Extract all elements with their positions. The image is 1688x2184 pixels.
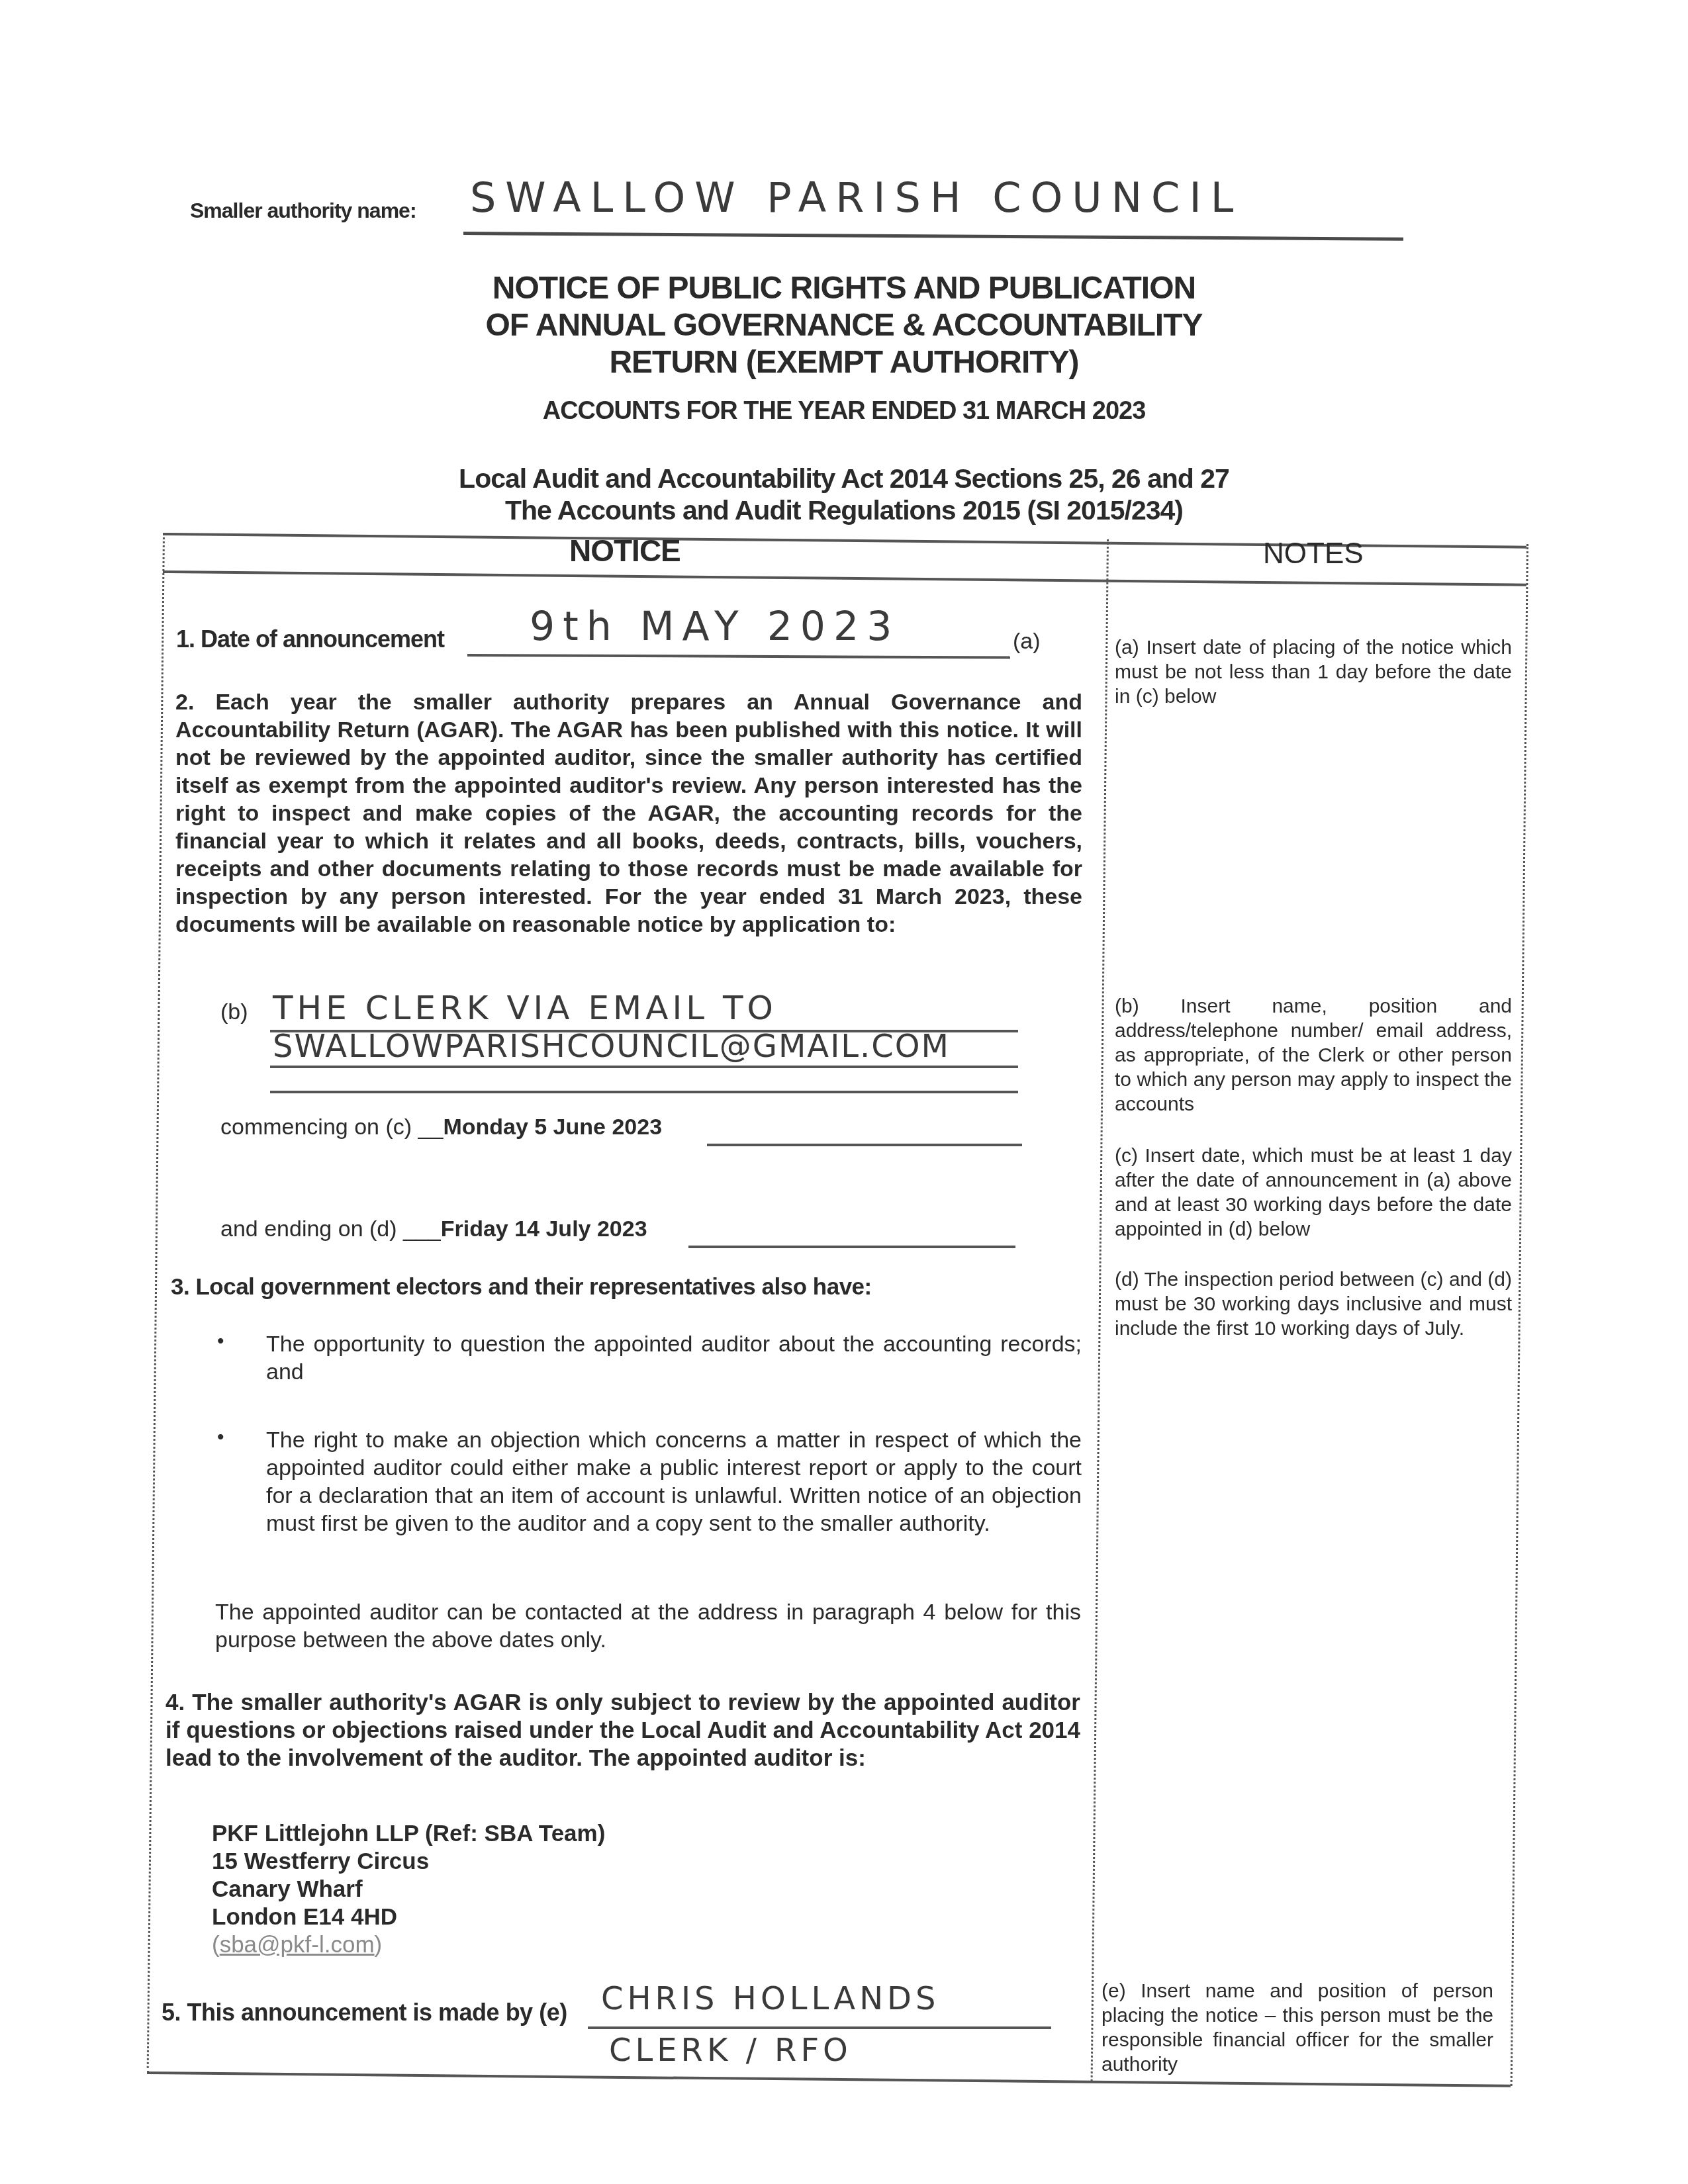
- note-e: (e) Insert name and position of person p…: [1102, 1979, 1493, 2077]
- announcer-position-field[interactable]: CLERK / RFO: [609, 2032, 852, 2069]
- announcement-made-by-label: 5. This announcement is made by (e): [162, 1999, 567, 2026]
- table-header-divider: [163, 570, 1526, 586]
- rights-bullet-1: The opportunity to question the appointe…: [266, 1330, 1082, 1386]
- commencing-date-row: commencing on (c) __Monday 5 June 2023: [220, 1115, 662, 1140]
- note-marker-b: (b): [220, 999, 248, 1025]
- authority-name-label: Smaller authority name:: [190, 199, 416, 223]
- authority-name-field[interactable]: SWALLOW PARISH COUNCIL: [470, 173, 1243, 222]
- table-right-border: [1511, 544, 1528, 2086]
- note-c: (c) Insert date, which must be at least …: [1115, 1144, 1512, 1242]
- bullet-icon: •: [217, 1426, 224, 1449]
- auditor-address: PKF Littlejohn LLP (Ref: SBA Team) 15 We…: [212, 1820, 605, 1959]
- ending-date-value[interactable]: Friday 14 July 2023: [441, 1216, 647, 1242]
- section-4-paragraph: 4. The smaller authority's AGAR is only …: [165, 1689, 1080, 1772]
- paren-open: (: [212, 1932, 220, 1958]
- note-b: (b) Insert name, position and address/te…: [1115, 994, 1512, 1116]
- commencing-date-label: commencing on (c) __: [220, 1115, 443, 1140]
- legislation-regulations-line: The Accounts and Audit Regulations 2015 …: [0, 495, 1688, 526]
- auditor-email-link[interactable]: sba@pkf-l.com: [220, 1932, 375, 1958]
- title-line-2: OF ANNUAL GOVERNANCE & ACCOUNTABILITY: [0, 307, 1688, 344]
- accounts-year-title: ACCOUNTS FOR THE YEAR ENDED 31 MARCH 202…: [0, 397, 1688, 426]
- commencing-date-underline: [707, 1144, 1022, 1146]
- announcer-name-field[interactable]: CHRIS HOLLANDS: [601, 1980, 939, 2017]
- contact-underline-3: [270, 1091, 1018, 1093]
- section-3-heading: 3. Local government electors and their r…: [171, 1274, 872, 1300]
- note-a: (a) Insert date of placing of the notice…: [1115, 635, 1512, 709]
- auditor-street: 15 Westferry Circus: [212, 1848, 605, 1876]
- auditor-name: PKF Littlejohn LLP (Ref: SBA Team): [212, 1820, 605, 1848]
- note-d: (d) The inspection period between (c) an…: [1115, 1267, 1512, 1341]
- notice-column-heading: NOTICE: [569, 533, 680, 569]
- title-line-3: RETURN (EXEMPT AUTHORITY): [0, 344, 1688, 381]
- table-left-border: [147, 533, 165, 2073]
- date-of-announcement-field[interactable]: 9th MAY 2023: [530, 604, 900, 650]
- notes-column-heading: NOTES: [1263, 537, 1364, 570]
- auditor-city-postcode: London E14 4HD: [212, 1903, 605, 1931]
- auditor-email-row: (sba@pkf-l.com): [212, 1931, 605, 1959]
- bullet-icon: •: [217, 1330, 224, 1353]
- note-marker-a: (a): [1013, 629, 1041, 655]
- date-of-announcement-label: 1. Date of announcement: [176, 625, 444, 653]
- ending-date-underline: [688, 1246, 1015, 1248]
- title-line-1: NOTICE OF PUBLIC RIGHTS AND PUBLICATION: [0, 270, 1688, 307]
- rights-bullet-2: The right to make an objection which con…: [266, 1426, 1082, 1537]
- auditor-area: Canary Wharf: [212, 1876, 605, 1903]
- date-of-announcement-underline: [467, 654, 1010, 659]
- ending-date-row: and ending on (d) ___Friday 14 July 2023: [220, 1216, 647, 1242]
- ending-date-label: and ending on (d) ___: [220, 1216, 441, 1242]
- auditor-contact-paragraph: The appointed auditor can be contacted a…: [215, 1598, 1081, 1654]
- table-column-divider: [1091, 539, 1109, 2081]
- contact-person-field[interactable]: THE CLERK VIA EMAIL TO: [273, 989, 777, 1027]
- contact-underline-2: [270, 1066, 1018, 1068]
- contact-email-field[interactable]: SWALLOWPARISHCOUNCIL@GMAIL.COM: [273, 1028, 950, 1065]
- commencing-date-value[interactable]: Monday 5 June 2023: [443, 1115, 662, 1140]
- section-2-paragraph: 2. Each year the smaller authority prepa…: [175, 688, 1082, 938]
- document-title: NOTICE OF PUBLIC RIGHTS AND PUBLICATION …: [0, 270, 1688, 381]
- authority-name-underline: [463, 232, 1403, 241]
- legislation-act-line: Local Audit and Accountability Act 2014 …: [0, 463, 1688, 494]
- paren-close: ): [375, 1932, 383, 1958]
- announcement-made-by-underline: [588, 2026, 1051, 2029]
